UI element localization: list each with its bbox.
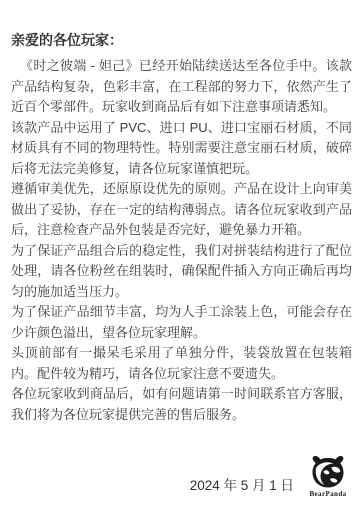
letter-paragraph-5: 为了保证产品细节丰富，均为人手工涂装上色，可能会存在少许颜色溢出，望各位玩家理解… [11, 302, 352, 343]
panda-horns-logo-icon [308, 455, 348, 489]
letter-footer: 2024 年 5 月 1 日 BearPanda [190, 455, 352, 498]
letter-greeting: 亲爱的各位玩家： [11, 30, 352, 50]
letter-paragraph-1: 《时之彼端 - 妲己》已经开始陆续送达至各位手中。该款产品结构复杂，色彩丰富，在… [11, 56, 352, 118]
letter-paragraph-2: 该款产品中运用了 PVC、进口 PU、进口宝丽石材质，不同材质具有不同的物理特性… [11, 118, 352, 180]
letter-paragraph-4: 为了保证产品组合后的稳定性，我们对拼装结构进行了配位处理，请各位粉丝在组装时，确… [11, 241, 352, 303]
notice-letter: 亲爱的各位玩家： 《时之彼端 - 妲己》已经开始陆续送达至各位手中。该款产品结构… [11, 30, 352, 425]
letter-paragraph-3: 遵循审美优先，还原原设优先的原则。产品在设计上向审美做出了妥协，存在一定的结构薄… [11, 179, 352, 241]
letter-date: 2024 年 5 月 1 日 [190, 474, 294, 494]
brand-logo: BearPanda [304, 455, 352, 498]
letter-paragraph-6: 头顶前部有一撮呆毛采用了单独分件，装袋放置在包装箱内。配件较为精巧，请各位玩家注… [11, 343, 352, 384]
brand-logo-wordmark: BearPanda [309, 490, 346, 498]
letter-paragraph-7: 各位玩家收到商品后，如有问题请第一时间联系官方客服，我们将为各位玩家提供完善的售… [11, 384, 352, 425]
